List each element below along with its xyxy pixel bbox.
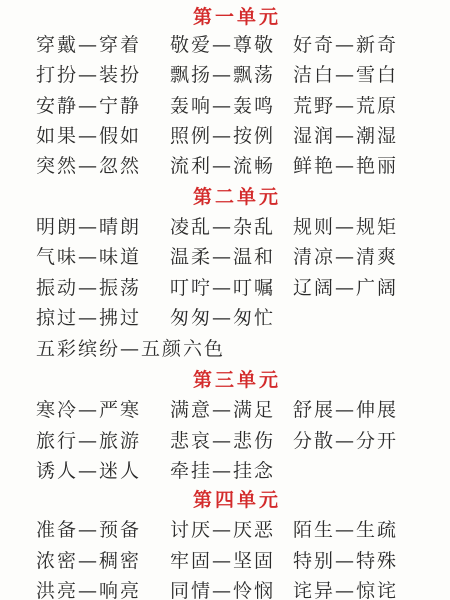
synonym-pair: 牢固—坚固 <box>170 548 275 574</box>
synonym-pair: 如果—假如 <box>36 123 141 149</box>
synonym-pair: 舒展—伸展 <box>293 397 398 423</box>
synonym-row: 准备—预备 讨厌—厌恶 陌生—生疏 <box>36 517 141 543</box>
synonym-pair: 旅行—旅游 <box>36 428 141 454</box>
synonym-pair: 陌生—生疏 <box>293 517 398 543</box>
unit-4-title: 第四单元 <box>0 487 450 513</box>
unit-2-title: 第二单元 <box>0 184 450 210</box>
synonym-pair: 寒冷—严寒 <box>36 397 141 423</box>
synonym-pair: 满意—满足 <box>170 397 275 423</box>
synonym-pair: 讨厌—厌恶 <box>170 517 275 543</box>
synonym-pair: 穿戴—穿着 <box>36 32 141 58</box>
synonym-pair: 叮咛—叮嘱 <box>170 275 275 301</box>
synonym-pair: 安静—宁静 <box>36 93 141 119</box>
synonym-pair: 洪亮—响亮 <box>36 578 141 600</box>
synonym-pair: 同情—怜悯 <box>170 578 275 600</box>
synonym-pair: 好奇—新奇 <box>293 32 398 58</box>
synonym-row: 打扮—装扮 飘扬—飘荡 洁白—雪白 <box>36 62 141 88</box>
synonym-row: 穿戴—穿着 敬爱—尊敬 好奇—新奇 <box>36 32 141 58</box>
synonym-row: 洪亮—响亮 同情—怜悯 诧异—惊诧 <box>36 578 141 600</box>
synonym-pair: 振动—振荡 <box>36 275 141 301</box>
synonym-pair: 流利—流畅 <box>170 153 275 179</box>
synonym-pair: 清凉—清爽 <box>293 244 398 270</box>
synonym-pair: 特别—特殊 <box>293 548 398 574</box>
synonym-pair: 分散—分开 <box>293 428 398 454</box>
synonym-pair: 准备—预备 <box>36 517 141 543</box>
synonym-pair: 敬爱—尊敬 <box>170 32 275 58</box>
synonym-pair: 明朗—晴朗 <box>36 214 141 240</box>
synonym-row: 突然—忽然 流利—流畅 鲜艳—艳丽 <box>36 153 141 179</box>
synonym-pair: 浓密—稠密 <box>36 548 141 574</box>
synonym-row: 诱人—迷人 牵挂—挂念 <box>36 458 141 484</box>
synonym-pair: 诧异—惊诧 <box>293 578 398 600</box>
synonym-pair: 五彩缤纷—五颜六色 <box>36 336 225 362</box>
synonym-pair: 飘扬—飘荡 <box>170 62 275 88</box>
synonym-pair: 悲哀—悲伤 <box>170 428 275 454</box>
synonym-pair: 牵挂—挂念 <box>170 458 275 484</box>
synonym-pair: 气味—味道 <box>36 244 141 270</box>
synonym-pair: 温柔—温和 <box>170 244 275 270</box>
synonym-pair: 突然—忽然 <box>36 153 141 179</box>
synonym-pair: 辽阔—广阔 <box>293 275 398 301</box>
synonym-pair: 湿润—潮湿 <box>293 123 398 149</box>
synonym-pair: 匆匆—匆忙 <box>170 305 275 331</box>
synonym-row: 明朗—晴朗 凌乱—杂乱 规则—规矩 <box>36 214 141 240</box>
synonym-pair: 打扮—装扮 <box>36 62 141 88</box>
synonym-row: 安静—宁静 轰响—轰鸣 荒野—荒原 <box>36 93 141 119</box>
synonym-pair: 照例—按例 <box>170 123 275 149</box>
synonym-row: 旅行—旅游 悲哀—悲伤 分散—分开 <box>36 428 141 454</box>
synonym-row: 如果—假如 照例—按例 湿润—潮湿 <box>36 123 141 149</box>
synonym-row: 掠过—拂过 匆匆—匆忙 <box>36 305 141 331</box>
synonym-pair: 轰响—轰鸣 <box>170 93 275 119</box>
synonym-pair: 鲜艳—艳丽 <box>293 153 398 179</box>
synonym-pair: 荒野—荒原 <box>293 93 398 119</box>
synonym-pair: 诱人—迷人 <box>36 458 141 484</box>
synonym-pair: 规则—规矩 <box>293 214 398 240</box>
synonym-row: 振动—振荡 叮咛—叮嘱 辽阔—广阔 <box>36 275 141 301</box>
synonym-row: 气味—味道 温柔—温和 清凉—清爽 <box>36 244 141 270</box>
synonym-pair: 掠过—拂过 <box>36 305 141 331</box>
synonym-pair: 洁白—雪白 <box>293 62 398 88</box>
synonym-row: 五彩缤纷—五颜六色 <box>36 336 225 362</box>
synonym-row: 浓密—稠密 牢固—坚固 特别—特殊 <box>36 548 141 574</box>
unit-1-title: 第一单元 <box>0 4 450 30</box>
synonym-row: 寒冷—严寒 满意—满足 舒展—伸展 <box>36 397 141 423</box>
synonym-pair: 凌乱—杂乱 <box>170 214 275 240</box>
unit-3-title: 第三单元 <box>0 367 450 393</box>
